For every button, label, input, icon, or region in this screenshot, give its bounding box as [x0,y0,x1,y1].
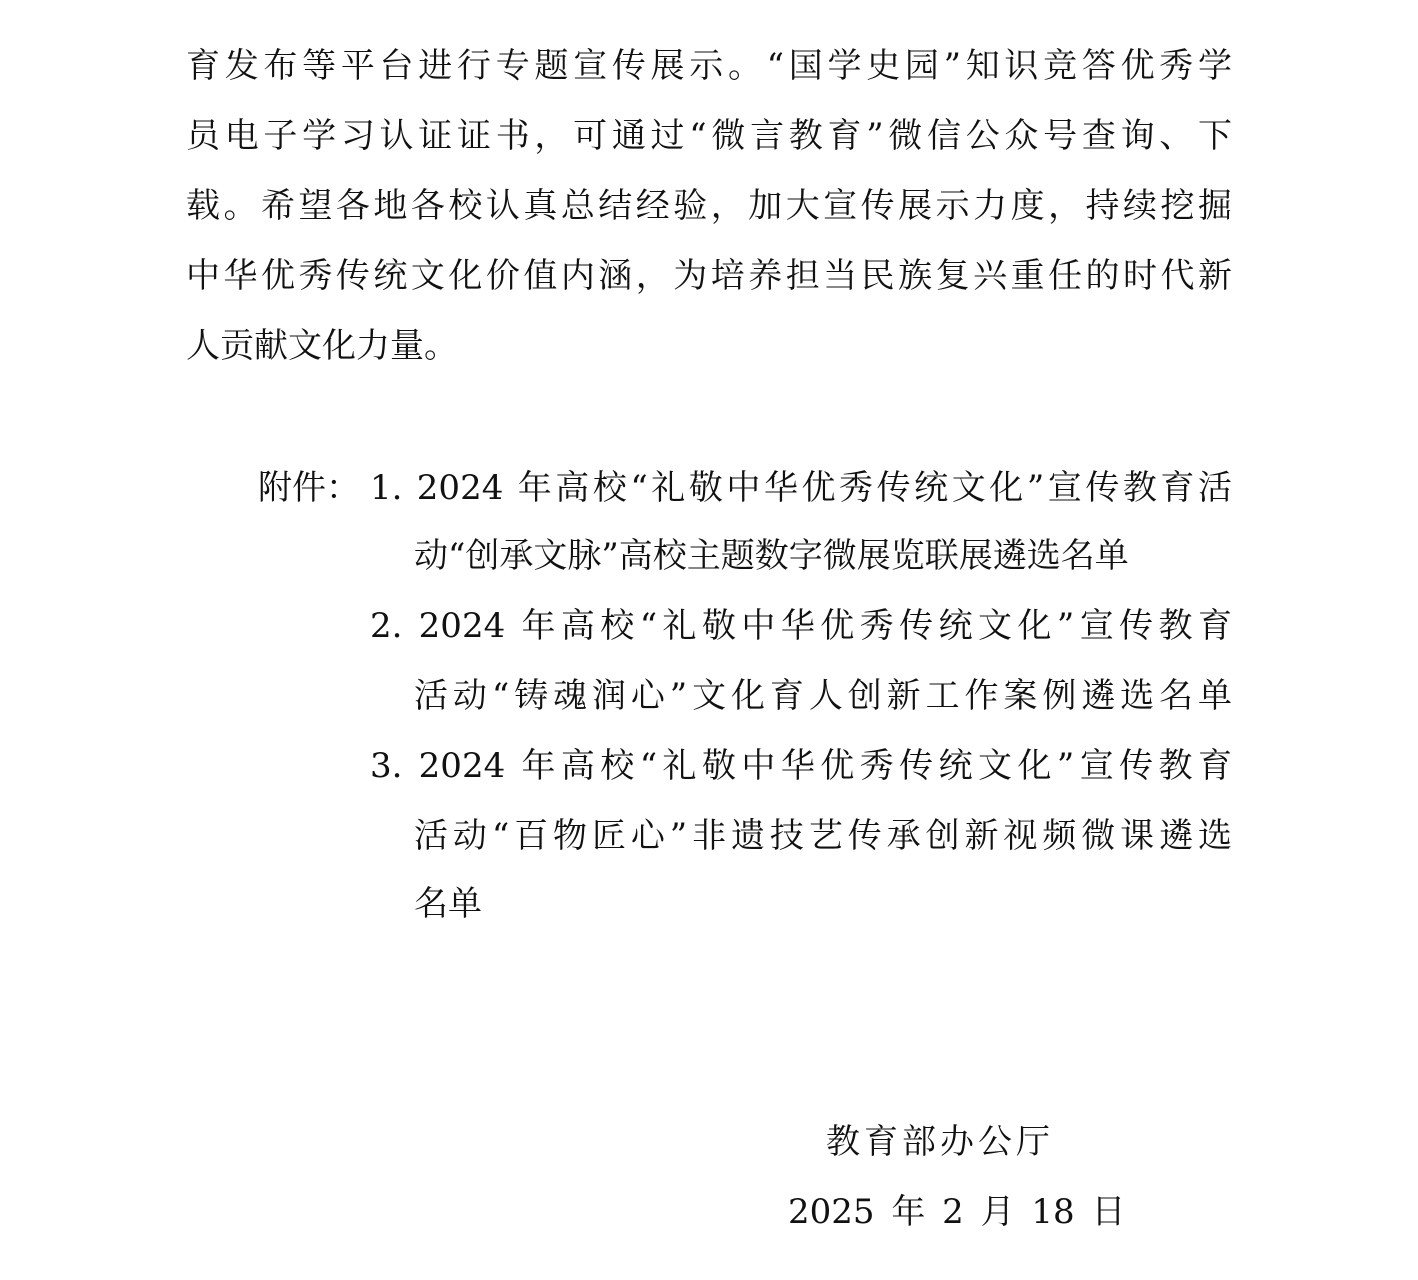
attachments-label: 附件： [258,466,360,510]
body-line: 中华优秀传统文化价值内涵，为培养担当民族复兴重任的时代新 [186,254,1232,298]
body-line: 人贡献文化力量。 [186,324,1232,368]
attachment-line: 2. 2024 年高校“礼敬中华优秀传统文化”宣传教育 [370,604,1232,648]
attachment-line: 1. 2024 年高校“礼敬中华优秀传统文化”宣传教育活 [370,466,1232,510]
document-page: 育发布等平台进行专题宣传展示。“国学史园”知识竞答优秀学 员电子学习认证证书，可… [0,0,1418,1280]
attachment-line: 名单 [414,882,1232,926]
issue-date: 2025 年 2 月 18 日 [788,1190,1125,1234]
issuing-organization: 教育部办公厅 [826,1120,1054,1164]
attachment-line: 动“创承文脉”高校主题数字微展览联展遴选名单 [414,534,1232,578]
body-line: 员电子学习认证证书，可通过“微言教育”微信公众号查询、下 [186,114,1232,158]
attachment-line: 活动“铸魂润心”文化育人创新工作案例遴选名单 [414,674,1232,718]
attachment-line: 3. 2024 年高校“礼敬中华优秀传统文化”宣传教育 [370,744,1232,788]
body-line: 育发布等平台进行专题宣传展示。“国学史园”知识竞答优秀学 [186,44,1232,88]
attachment-line: 活动“百物匠心”非遗技艺传承创新视频微课遴选 [414,814,1232,858]
body-line: 载。希望各地各校认真总结经验，加大宣传展示力度，持续挖掘 [186,184,1232,228]
